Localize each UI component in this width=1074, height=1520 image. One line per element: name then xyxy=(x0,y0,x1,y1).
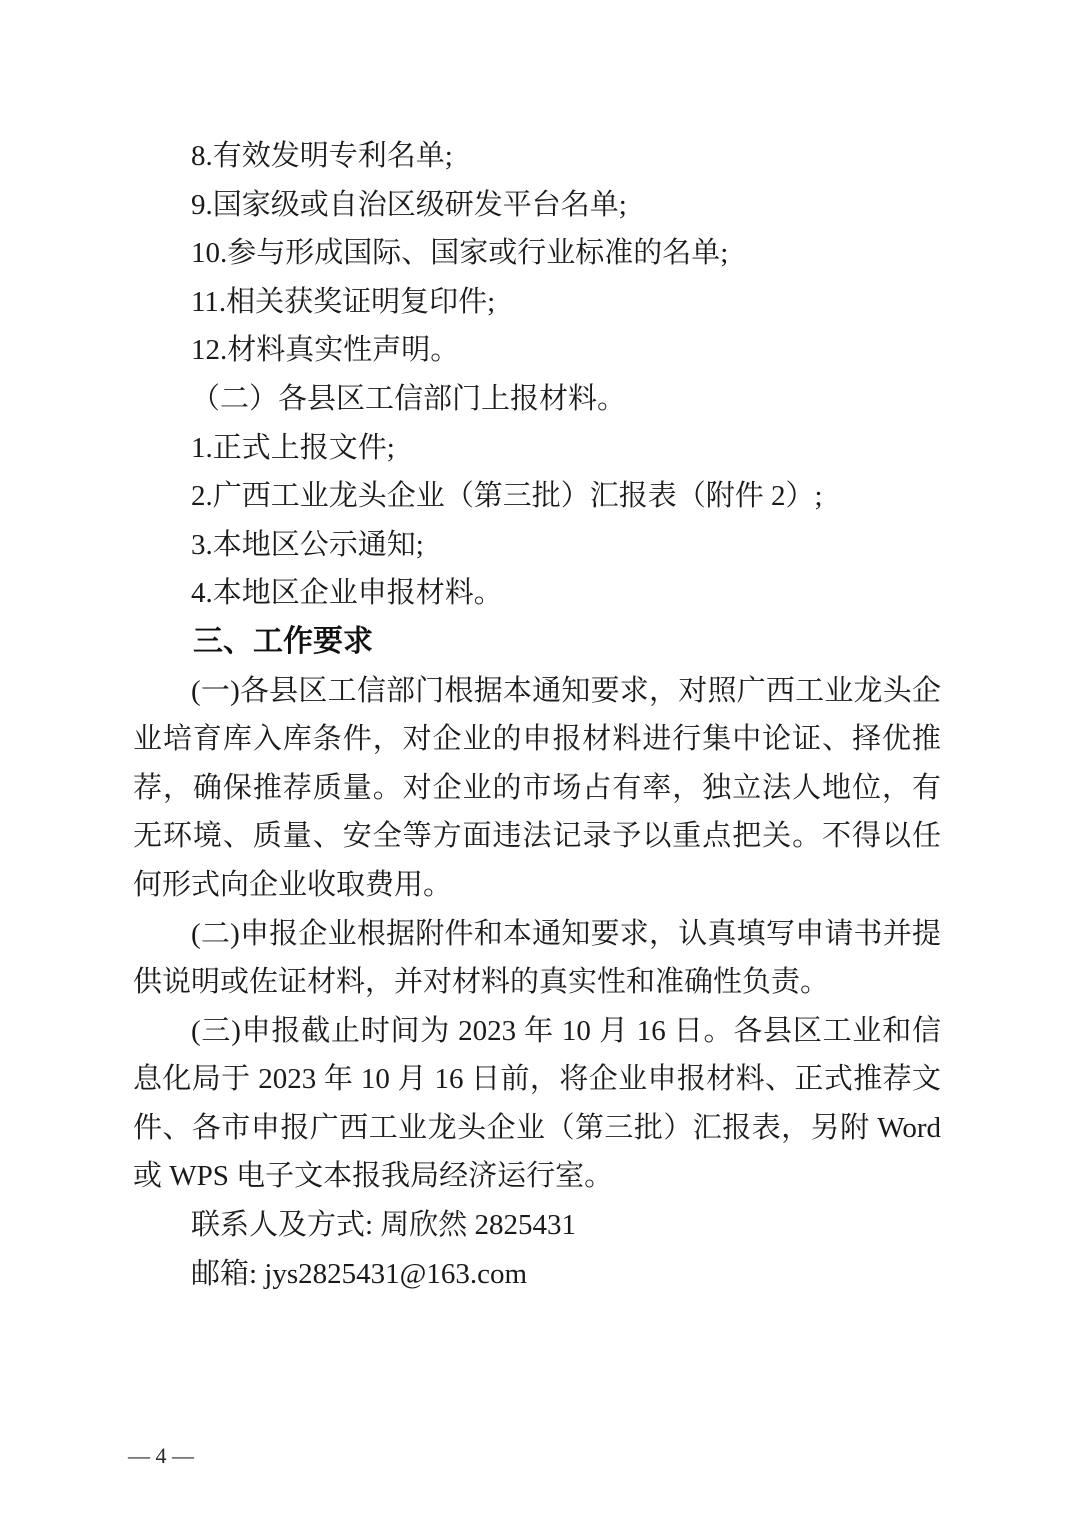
list-item: 11.相关获奖证明复印件; xyxy=(133,278,941,327)
list-item: 10.参与形成国际、国家或行业标准的名单; xyxy=(133,229,941,278)
page-number: — 4 — xyxy=(128,1442,194,1470)
section-heading: 三、工作要求 xyxy=(133,618,941,667)
paragraph: (一)各县区工信部门根据本通知要求，对照广西工业龙头企业培育库入库条件，对企业的… xyxy=(133,667,941,910)
list-item: 4.本地区企业申报材料。 xyxy=(133,569,941,618)
paragraph: (二)申报企业根据附件和本通知要求，认真填写申请书并提供说明或佐证材料，并对材料… xyxy=(133,910,941,1007)
contact-line: 联系人及方式: 周欣然 2825431 xyxy=(133,1201,941,1250)
document-page: 8.有效发明专利名单; 9.国家级或自治区级研发平台名单; 10.参与形成国际、… xyxy=(0,0,1074,1520)
subsection-heading: （二）各县区工信部门上报材料。 xyxy=(133,375,941,424)
list-item: 1.正式上报文件; xyxy=(133,424,941,473)
list-item: 2.广西工业龙头企业（第三批）汇报表（附件 2）; xyxy=(133,472,941,521)
list-item: 12.材料真实性声明。 xyxy=(133,326,941,375)
document-body: 8.有效发明专利名单; 9.国家级或自治区级研发平台名单; 10.参与形成国际、… xyxy=(133,132,941,1298)
list-item: 3.本地区公示通知; xyxy=(133,521,941,570)
list-item: 8.有效发明专利名单; xyxy=(133,132,941,181)
list-item: 9.国家级或自治区级研发平台名单; xyxy=(133,181,941,230)
email-line: 邮箱: jys2825431@163.com xyxy=(133,1250,941,1299)
paragraph: (三)申报截止时间为 2023 年 10 月 16 日。各县区工业和信息化局于 … xyxy=(133,1007,941,1201)
